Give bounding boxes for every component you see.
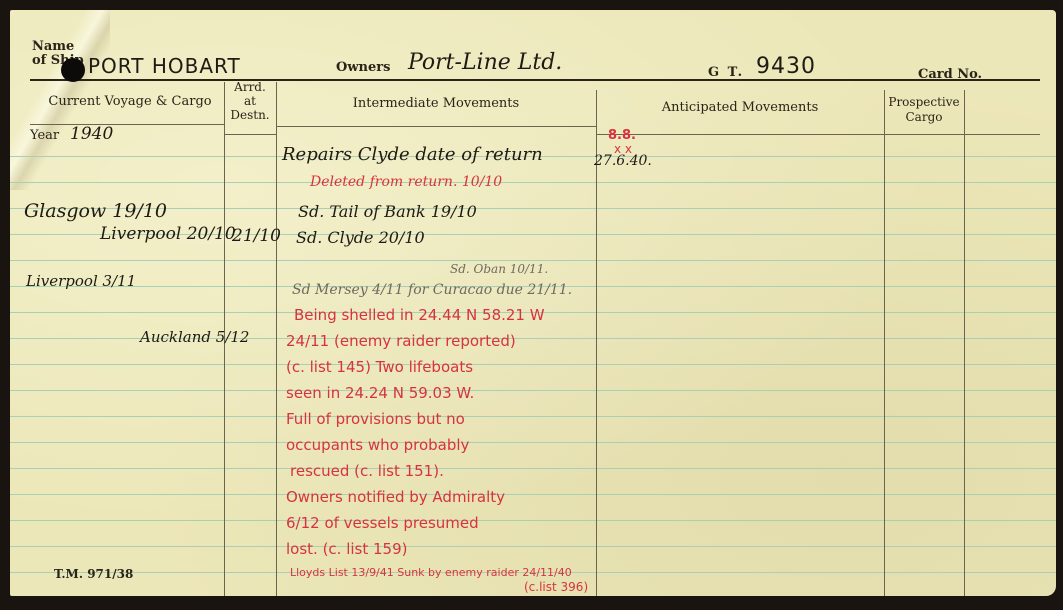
owners-label: Owners (336, 60, 390, 75)
col-intermediate: Intermediate Movements (276, 96, 596, 111)
intermediate-entry: Deleted from return. 10/10 (310, 174, 502, 190)
gt-label: G T. (708, 65, 744, 80)
form-number: T.M. 971/38 (54, 567, 133, 581)
ruled-line (10, 494, 1056, 495)
anticipated-entry: 8.8. (608, 128, 636, 143)
intermediate-entry: 24/11 (enemy raider reported) (286, 332, 516, 350)
voyage-entry: Glasgow 19/10 (24, 200, 167, 222)
card-no-label: Card No. (918, 67, 982, 82)
header-divider (884, 134, 1040, 135)
intermediate-entry: 6/12 of vessels presumed (286, 514, 479, 532)
ruled-line (10, 520, 1056, 521)
col-anticipated: Anticipated Movements (596, 100, 884, 115)
intermediate-entry: (c.list 396) (524, 580, 588, 594)
intermediate-entry: seen in 24.24 N 59.03 W. (286, 384, 474, 402)
header-divider (224, 134, 276, 135)
intermediate-entry: lost. (c. list 159) (286, 540, 408, 558)
arrived-entry: 21/10 (232, 226, 281, 246)
column-divider (884, 90, 885, 596)
ship-name: PORT HOBART (88, 54, 241, 78)
ship-movement-card: Name of Ship PORT HOBART Owners Port-Lin… (10, 10, 1056, 596)
col-prospective-cargo: Prospective Cargo (884, 95, 964, 125)
intermediate-entry: Sd Mersey 4/11 for Curacao due 21/11. (292, 282, 572, 298)
intermediate-entry: Full of provisions but no (286, 410, 465, 428)
intermediate-entry: (c. list 145) Two lifeboats (286, 358, 473, 376)
ruled-line (10, 260, 1056, 261)
col-current-voyage: Current Voyage & Cargo (30, 94, 230, 109)
ruled-line (10, 546, 1056, 547)
ruled-line (10, 390, 1056, 391)
ruled-line (10, 416, 1056, 417)
ruled-line (10, 182, 1056, 183)
intermediate-entry: rescued (c. list 151). (290, 462, 444, 480)
year-value: 1940 (70, 124, 113, 144)
punch-hole (61, 58, 85, 82)
ruled-line (10, 468, 1056, 469)
voyage-entry: Liverpool 20/10 (100, 224, 236, 244)
column-divider (964, 90, 965, 596)
intermediate-entry: Repairs Clyde date of return (282, 144, 543, 165)
column-divider (276, 82, 277, 596)
owners-value: Port-Line Ltd. (408, 50, 562, 75)
voyage-entry: Auckland 5/12 (140, 328, 249, 346)
ruled-line (10, 364, 1056, 365)
voyage-entry: Liverpool 3/11 (26, 272, 136, 290)
intermediate-entry: Lloyds List 13/9/41 Sunk by enemy raider… (290, 566, 572, 579)
gt-value: 9430 (756, 54, 816, 79)
header-divider (30, 124, 224, 125)
intermediate-entry: Sd. Clyde 20/10 (296, 228, 425, 247)
intermediate-entry: occupants who probably (286, 436, 469, 454)
header-divider (276, 126, 596, 127)
intermediate-entry: Being shelled in 24.44 N 58.21 W (294, 306, 545, 324)
col-arrd-at-destn: Arrd.atDestn. (224, 80, 276, 122)
header-rule (30, 79, 1040, 81)
intermediate-entry: Sd. Tail of Bank 19/10 (298, 202, 477, 221)
intermediate-entry: Sd. Oban 10/11. (450, 262, 548, 276)
anticipated-entry: 27.6.40. (594, 153, 652, 169)
header-divider (596, 134, 884, 135)
intermediate-entry: Owners notified by Admiralty (286, 488, 505, 506)
year-label: Year (30, 128, 59, 143)
ruled-line (10, 442, 1056, 443)
